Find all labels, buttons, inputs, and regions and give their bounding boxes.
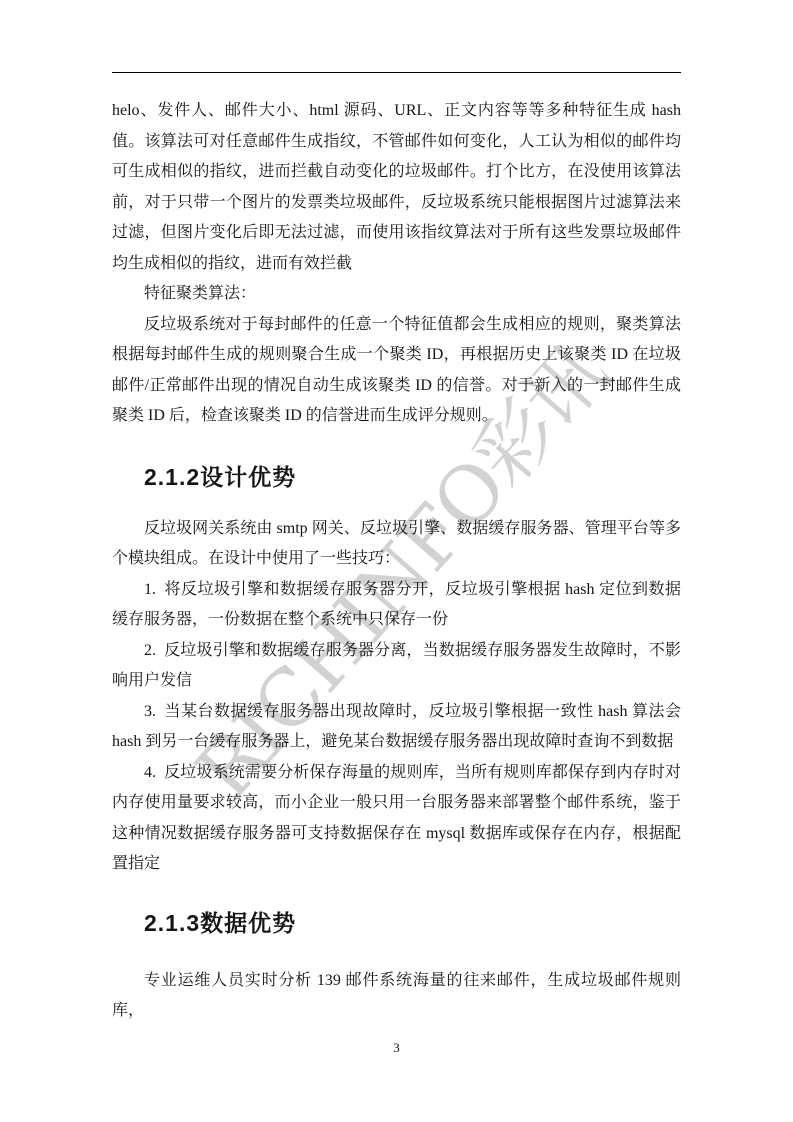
paragraph-cluster-label: 特征聚类算法： [112,279,681,310]
section-heading-design-advantages: 2.1.2设计优势 [144,460,681,494]
list-item-3: 3. 当某台数据缓存服务器出现故障时，反垃圾引擎根据一致性 hash 算法会 h… [112,697,681,758]
page-number: 3 [0,1040,793,1056]
paragraph-continued: helo、发件人、邮件大小、html 源码、URL、正文内容等等多种特征生成 h… [112,96,681,279]
list-item-2: 2. 反垃圾引擎和数据缓存服务器分离，当数据缓存服务器发生故障时，不影响用户发信 [112,636,681,697]
document-page: RICHINFO彩讯 helo、发件人、邮件大小、html 源码、URL、正文内… [0,0,793,1122]
paragraph-design-intro: 反垃圾网关系统由 smtp 网关、反垃圾引擎、数据缓存服务器、管理平台等多个模块… [112,514,681,575]
header-rule [112,72,681,73]
paragraph-cluster-body: 反垃圾系统对于每封邮件的任意一个特征值都会生成相应的规则，聚类算法根据每封邮件生… [112,310,681,432]
paragraph-data-intro: 专业运维人员实时分析 139 邮件系统海量的往来邮件，生成垃圾邮件规则库， [112,966,681,1027]
list-item-4: 4. 反垃圾系统需要分析保存海量的规则库，当所有规则库都保存到内存时对内存使用量… [112,758,681,880]
list-item-1: 1. 将反垃圾引擎和数据缓存服务器分开，反垃圾引擎根据 hash 定位到数据缓存… [112,575,681,636]
section-heading-data-advantages: 2.1.3数据优势 [144,906,681,940]
document-body: helo、发件人、邮件大小、html 源码、URL、正文内容等等多种特征生成 h… [112,96,681,1027]
